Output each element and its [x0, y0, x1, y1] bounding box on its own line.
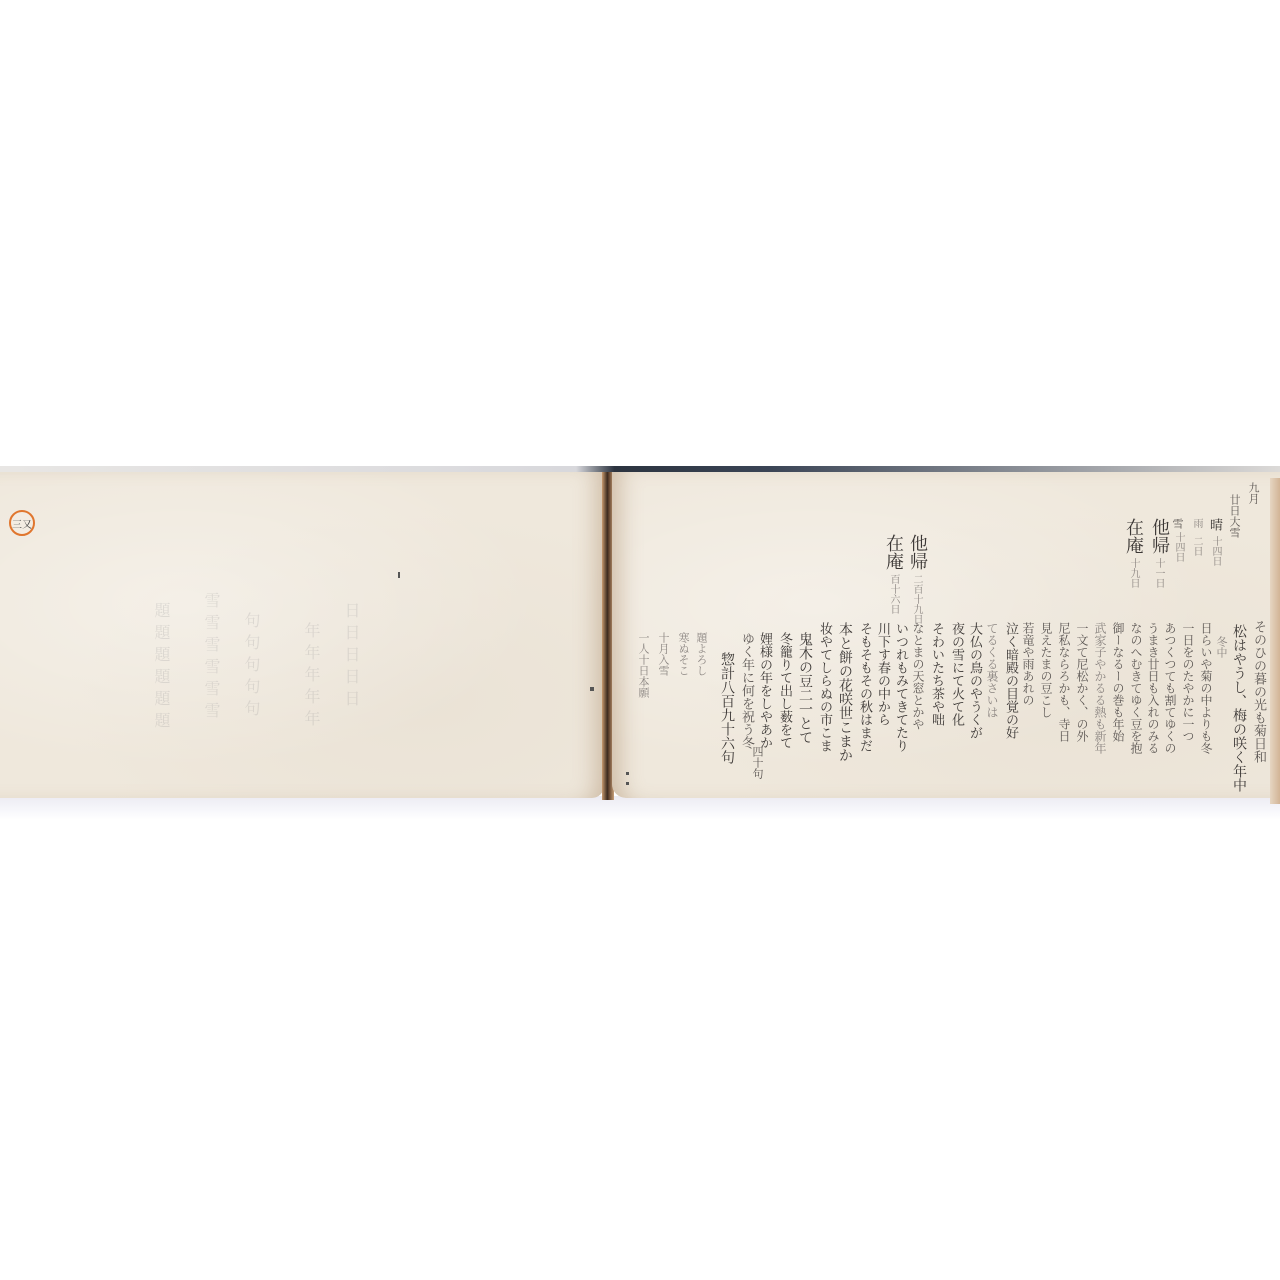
left-page: 三又 題題題題題題 雪雪雪雪雪雪 句句句句句 年年年年年 日日日日日: [0, 472, 604, 798]
text-column: 日らいや菊の中よりも冬: [1200, 622, 1212, 792]
text-column: そのひの暮の光も菊日和: [1252, 620, 1265, 800]
total-away-label: 他帰: [908, 534, 926, 570]
book-shadow: [0, 796, 1280, 820]
text-column: 川下す春の中から: [876, 622, 889, 792]
month-heading: 九月: [1248, 482, 1259, 504]
text-column: 本と餅の花咲世こまか: [838, 622, 852, 792]
text-column: なのへむきてゆく豆を抱: [1130, 622, 1142, 792]
weather-snow-value: 十四日: [1173, 532, 1183, 562]
at-hermitage-value: 十九日: [1128, 558, 1138, 588]
text-column: 一文て尼松かく、の外: [1076, 622, 1088, 792]
total-away-value: 二百十九日: [911, 574, 921, 624]
text-column: そもそもその秋はまだ: [858, 622, 871, 792]
at-hermitage-label: 在庵: [1124, 518, 1142, 554]
text-column: あつくつても割てゆくの: [1164, 622, 1176, 792]
text-column: 鬼木の豆二一とて: [798, 632, 812, 797]
faint-text-column: 寒ぬそこ: [678, 632, 689, 792]
show-through-text: 題題題題題題: [150, 602, 173, 772]
seal-text: 三又: [12, 516, 32, 531]
text-column: てるくる裏さいは: [986, 622, 998, 792]
weather-rain-label: 雨: [1191, 518, 1201, 528]
text-column: 松はやうし、梅の咲く年中: [1232, 624, 1246, 794]
right-page: 九月 廿日大雪 晴 十四日 雨 二日 雪 十四日 他帰 十一日 在庵 十九日 他…: [612, 472, 1280, 798]
text-column: 一日をのたやかに一つ: [1182, 622, 1194, 792]
text-column: 見えたまの豆こし: [1040, 622, 1052, 792]
text-column: なとまの天窓とかや: [912, 622, 924, 792]
faint-text-column: 十月入雪: [658, 632, 669, 792]
text-column: うまき廿日も入れのみる: [1147, 622, 1159, 792]
text-column: 大仏の鳥のやうくが: [968, 622, 981, 792]
ink-speck: [590, 687, 594, 691]
total-hermitage-label: 在庵: [884, 534, 902, 570]
away-count-label: 他帰: [1150, 518, 1168, 554]
text-column: 武家子やかるる熱も新年: [1094, 622, 1106, 792]
faint-text-column: 一人十日本願: [638, 632, 649, 792]
away-count-value: 十一日: [1153, 558, 1163, 588]
weather-snow-label: 雪: [1172, 518, 1183, 529]
text-column: 冬籠りて出し薮をて: [778, 632, 791, 797]
faint-text-column: 題よろし: [696, 632, 707, 792]
show-through-text: 日日日日日: [340, 602, 363, 752]
weather-rain-value: 二日: [1191, 536, 1201, 556]
total-hermitage-value: 百十六日: [888, 574, 898, 614]
ink-speck: [626, 782, 629, 785]
day-note: 廿日大雪: [1229, 494, 1240, 538]
text-column: そわいたち茶や咄: [930, 622, 943, 792]
page-edge: [1270, 478, 1280, 804]
weather-sunny-label: 晴: [1208, 518, 1221, 531]
sub-total-verse-count: 四十句: [752, 746, 763, 779]
text-column: 御ーなるーの巻も年始: [1112, 622, 1124, 792]
text-column: 夜の雪にて火て化: [950, 622, 963, 792]
show-through-text: 年年年年年: [300, 622, 323, 772]
ink-speck: [398, 572, 400, 578]
grand-total-verse-count: 惣計八百九十六句: [720, 652, 734, 764]
text-column: 妆やてしらぬの市こま: [818, 622, 831, 792]
weather-sunny-value: 十四日: [1210, 536, 1220, 566]
text-column: いつれもみてきてたり: [894, 622, 907, 792]
text-column: 若竜や雨あれの: [1022, 622, 1034, 792]
ink-speck: [626, 772, 629, 775]
open-manuscript-book: 三又 題題題題題題 雪雪雪雪雪雪 句句句句句 年年年年年 日日日日日 九月 廿日…: [0, 466, 1280, 822]
text-column: 泣く暗殿の目覚の好: [1004, 622, 1017, 792]
text-column: 尼私ならろかも、寺日: [1058, 622, 1070, 792]
show-through-text: 句句句句句: [240, 612, 263, 772]
text-column: 冬中: [1216, 636, 1227, 658]
ownership-seal-stamp: 三又: [9, 510, 35, 536]
show-through-text: 雪雪雪雪雪雪: [200, 592, 223, 762]
